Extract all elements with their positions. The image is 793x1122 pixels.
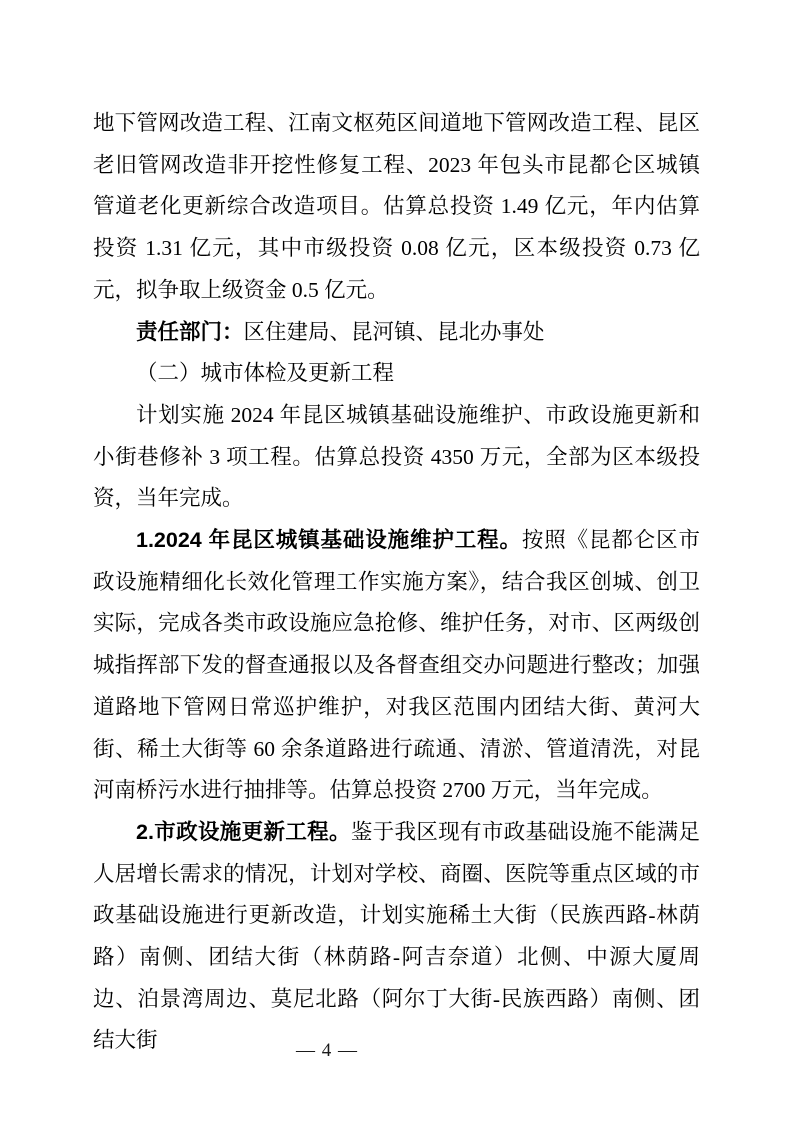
paragraph-1-text: 地下管网改造工程、江南文枢苑区间道地下管网改造工程、昆区老旧管网改造非开挖性修复…	[93, 111, 700, 302]
project-1-title: 1.2024 年昆区城镇基础设施维护工程。	[136, 528, 522, 552]
paragraph-section-two-overview: 计划实施 2024 年昆区城镇基础设施维护、市政设施更新和小街巷修补 3 项工程…	[93, 395, 700, 520]
document-body: 地下管网改造工程、江南文枢苑区间道地下管网改造工程、昆区老旧管网改造非开挖性修复…	[93, 103, 700, 1062]
project-2-text: 鉴于我区现有市政基础设施不能满足人居增长需求的情况，计划对学校、商圈、医院等重点…	[93, 820, 700, 1053]
paragraph-project-2-renewal: 2.市政设施更新工程。鉴于我区现有市政基础设施不能满足人居增长需求的情况，计划对…	[93, 812, 700, 1062]
project-1-text: 按照《昆都仑区市政设施精细化长效化管理工作实施方案》，结合我区创城、创卫实际，完…	[93, 528, 700, 802]
responsible-departments-label: 责任部门：	[136, 320, 244, 344]
paragraph-responsible-departments: 责任部门：区住建局、昆河镇、昆北办事处	[93, 312, 700, 354]
heading-section-two-text: （二）城市体检及更新工程	[136, 361, 394, 385]
heading-section-two: （二）城市体检及更新工程	[93, 353, 700, 395]
paragraph-4-text: 计划实施 2024 年昆区城镇基础设施维护、市政设施更新和小街巷修补 3 项工程…	[93, 403, 700, 510]
responsible-departments-list: 区住建局、昆河镇、昆北办事处	[244, 320, 545, 344]
paragraph-pipeline-projects-continued: 地下管网改造工程、江南文枢苑区间道地下管网改造工程、昆区老旧管网改造非开挖性修复…	[93, 103, 700, 312]
document-page: 地下管网改造工程、江南文枢苑区间道地下管网改造工程、昆区老旧管网改造非开挖性修复…	[0, 0, 793, 1122]
page-number: — 4 —	[296, 1039, 358, 1063]
project-2-title: 2.市政设施更新工程。	[136, 820, 351, 844]
paragraph-project-1-maintenance: 1.2024 年昆区城镇基础设施维护工程。按照《昆都仑区市政设施精细化长效化管理…	[93, 520, 700, 812]
